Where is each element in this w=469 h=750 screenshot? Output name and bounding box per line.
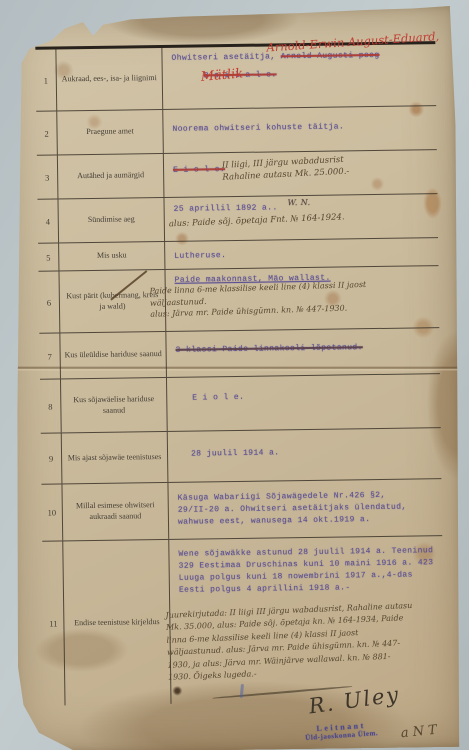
row-label: Mis ajast sõjawäe teenistuses bbox=[68, 452, 162, 464]
row-number-cell: 5 bbox=[38, 243, 59, 270]
typed-value: Lutheruse. bbox=[174, 247, 436, 263]
row-number-cell: 9 bbox=[41, 433, 63, 483]
row-number: 4 bbox=[46, 216, 50, 226]
row-label: Aukraad, ees-, isa- ja liignimi bbox=[62, 73, 157, 85]
row-number-cell: 3 bbox=[37, 155, 59, 198]
row-label: Mis usku bbox=[97, 251, 127, 262]
row-number: 7 bbox=[47, 351, 51, 361]
typed-birthdate: 25 aprillil 1892 a.. bbox=[174, 203, 278, 213]
row-label: Kust pärit (kubermang, kreis ja wald) bbox=[63, 290, 162, 313]
row-number: 6 bbox=[47, 297, 51, 307]
row-label: Endise teenistuse kirjeldus bbox=[74, 617, 159, 629]
row-number-cell: 2 bbox=[36, 111, 58, 154]
row-value-cell: 3 klassi Paide linnakooli lõpetanud. bbox=[166, 328, 440, 377]
table-row-8: 8 Kus sõjawäelise hariduse saanud E i o … bbox=[40, 374, 441, 434]
row-value-cell: Käsuga Wabariigi Sõjawägedele Nr.426 §2,… bbox=[168, 479, 442, 539]
red-ink-surname: Mätlik bbox=[200, 65, 244, 87]
row-number-cell: 7 bbox=[39, 333, 61, 378]
row-number-cell: 1 bbox=[35, 49, 57, 110]
scanned-document-page: { "palette": { "background": "#b6bfc2", … bbox=[0, 0, 469, 750]
table-row-2: 2 Praegune amet Noorema ohwitseri kohust… bbox=[36, 106, 437, 156]
row-value-cell: E i o l e. II liigi, III järgu wabadusri… bbox=[164, 150, 438, 197]
row-label: Kus üleüldise hariduse saanud bbox=[65, 349, 162, 361]
table-row-4: 4 Sündimise aeg 25 aprillil 1892 a..W. N… bbox=[37, 194, 438, 244]
office-stamp: Leitnant Üld-jaoskonna Ülem. bbox=[304, 720, 378, 742]
typed-value: E i o l e. bbox=[192, 389, 438, 404]
row-label-cell: Kus üleüldise hariduse saanud bbox=[60, 332, 167, 378]
table-row-6: 6 Kust pärit (kubermang, kreis ja wald) … bbox=[38, 266, 439, 334]
row-number-cell: 11 bbox=[42, 541, 65, 705]
row-number: 8 bbox=[48, 401, 52, 411]
row-label-cell: Autähed ja aumärgid bbox=[58, 154, 165, 198]
row-label-cell: Endise teenistuse kirjeldus bbox=[63, 540, 171, 705]
handwritten-addendum: Juurekirjutada: II liigi III järgu wabad… bbox=[165, 598, 464, 684]
row-value-cell: E i o l e. bbox=[167, 374, 441, 431]
row-label-cell: Praegune amet bbox=[57, 110, 164, 154]
row-label-cell: Mis ajast sõjawäe teenistuses bbox=[62, 432, 169, 483]
row-number-cell: 4 bbox=[37, 199, 59, 242]
table-row-7: 7 Kus üleüldise hariduse saanud 3 klassi… bbox=[39, 328, 440, 380]
service-record-table: 1 Aukraad, ees-, isa- ja liignimi Arnold… bbox=[35, 41, 444, 706]
handwritten-note: II liigi, III järgu wabadusrist Rahaline… bbox=[222, 150, 433, 185]
row-number: 1 bbox=[44, 75, 48, 85]
typed-value: 28 juulil 1914 a. bbox=[191, 445, 439, 460]
row-value-cell: Lutheruse. bbox=[165, 238, 438, 269]
table-row-3: 3 Autähed ja aumärgid E i o l e. II liig… bbox=[37, 150, 438, 200]
row-value-cell: Paide maakonnast, Mäo wallast. Paide lin… bbox=[165, 266, 439, 331]
row-label-cell: Aukraad, ees-, isa- ja liignimi bbox=[56, 48, 163, 110]
row-value-cell: 28 juulil 1914 a. bbox=[168, 428, 442, 482]
row-number: 11 bbox=[49, 618, 57, 628]
row-value-cell: 25 aprillil 1892 a..W. N. alus: Paide sõ… bbox=[164, 194, 438, 241]
row-number: 5 bbox=[46, 252, 50, 262]
table-row-1: 1 Aukraad, ees-, isa- ja liignimi Arnold… bbox=[35, 44, 436, 112]
aged-paper-sheet: 1 Aukraad, ees-, isa- ja liignimi Arnold… bbox=[3, 5, 465, 750]
typed-value: Noorema ohwitseri kohuste täitja. bbox=[172, 120, 434, 136]
row-number-cell: 10 bbox=[41, 484, 63, 540]
row-number: 3 bbox=[45, 172, 49, 182]
typed-rank: Ohwitseri asetäitja, bbox=[171, 52, 275, 62]
row-label-cell: Mis usku bbox=[59, 242, 165, 270]
row-value-cell: Noorema ohwitseri kohuste täitja. bbox=[163, 106, 437, 153]
typed-value-struck: 3 klassi Paide linnakooli lõpetanud. bbox=[176, 341, 438, 357]
row-label-cell: Millal esimese ohwitseri aukraadi saanud bbox=[62, 483, 169, 540]
row-label: Kus sõjawäelise hariduse saanud bbox=[64, 394, 163, 417]
row-number: 9 bbox=[49, 454, 53, 464]
row-number: 2 bbox=[44, 128, 48, 138]
row-label-cell: Sündimise aeg bbox=[58, 198, 165, 242]
row-label: Praegune amet bbox=[86, 126, 133, 137]
row-number-cell: 6 bbox=[38, 271, 60, 332]
row-label: Millal esimese ohwitseri aukraadi saanud bbox=[66, 500, 165, 523]
row-value-cell: Wene sõjawäkke astunud 28 juulil 1914 a.… bbox=[169, 536, 444, 704]
row-value-cell: Arnold-Erwin August-Eduard, Ohwitseri as… bbox=[162, 44, 436, 109]
table-row-11: 11 Endise teenistuse kirjeldus Wene sõja… bbox=[42, 536, 444, 706]
row-label: Autähed ja aumärgid bbox=[77, 170, 144, 182]
typed-value: Käsuga Wabariigi Sõjawägedele Nr.426 §2,… bbox=[178, 489, 440, 529]
handwritten-suffix: a N T bbox=[400, 722, 438, 744]
typed-value-struck: E i o l e. bbox=[173, 164, 225, 177]
table-row-9: 9 Mis ajast sõjawäe teenistuses 28 juuli… bbox=[41, 428, 442, 485]
row-number-cell: 8 bbox=[40, 379, 62, 432]
row-number: 10 bbox=[48, 507, 57, 517]
row-label: Sündimise aeg bbox=[88, 214, 135, 225]
row-label-cell: Kus sõjawäelise hariduse saanud bbox=[61, 378, 168, 432]
typed-service-history: Wene sõjawäkke astunud 28 juulil 1914 a.… bbox=[178, 545, 441, 597]
table-row-10: 10 Millal esimese ohwitseri aukraadi saa… bbox=[41, 479, 442, 542]
handwritten-initials: W. N. bbox=[287, 198, 310, 207]
